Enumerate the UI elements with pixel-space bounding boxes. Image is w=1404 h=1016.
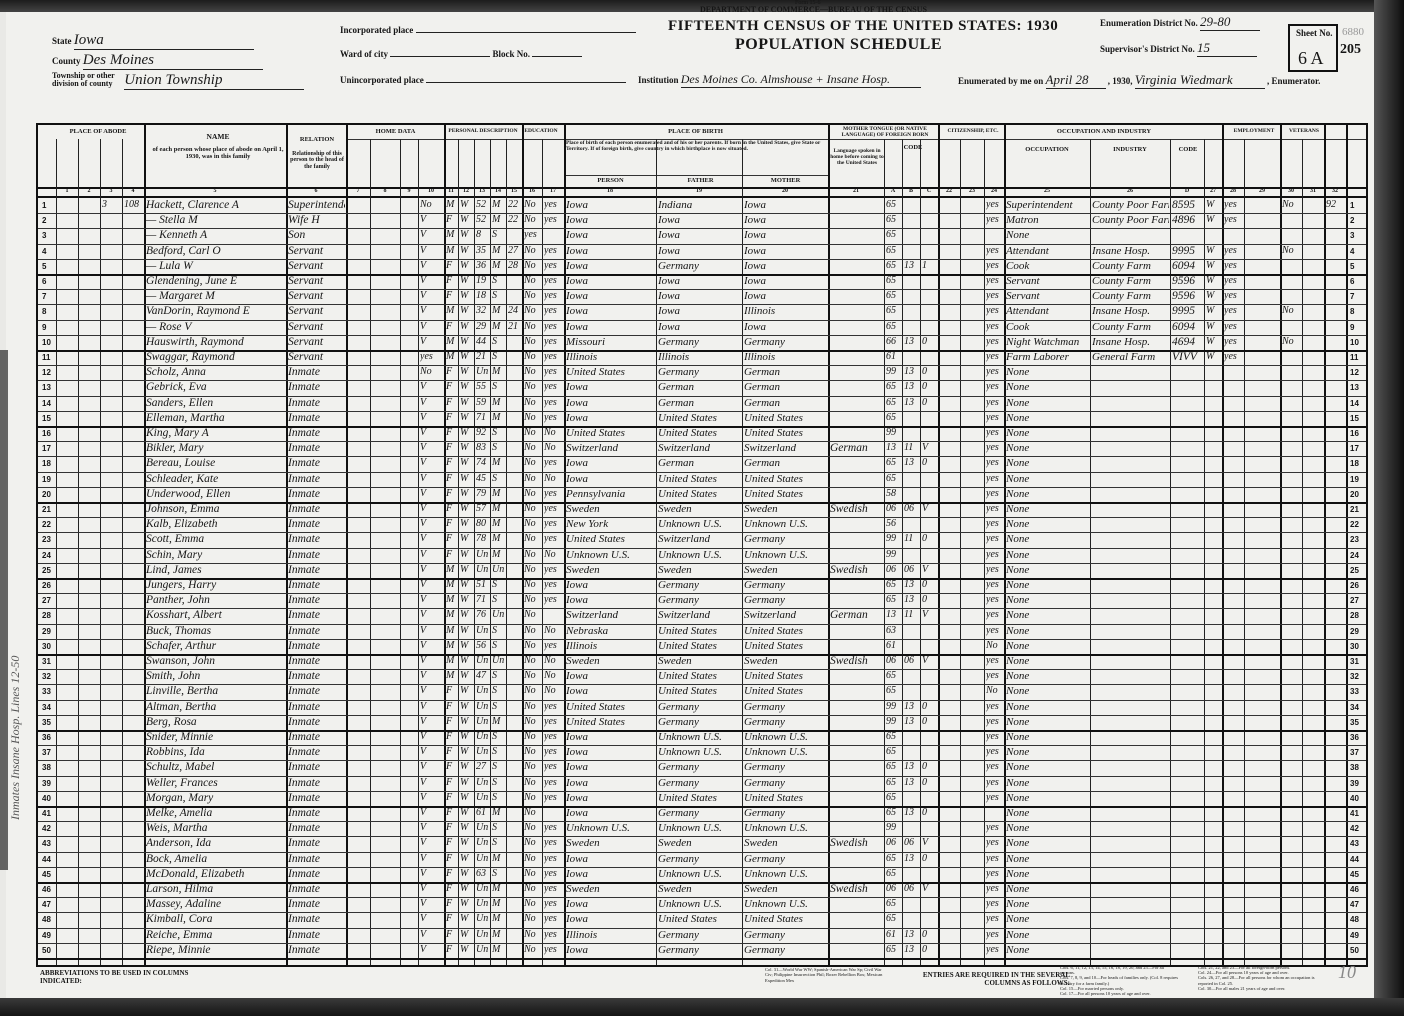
cell-occ-code: 6094 bbox=[1172, 260, 1203, 272]
cell-age: Un bbox=[476, 685, 489, 696]
cell-school: No bbox=[524, 609, 541, 620]
cell-farm: V bbox=[420, 275, 443, 286]
cell-code-a: 65 bbox=[886, 761, 901, 772]
cell-code-c: 0 bbox=[922, 336, 937, 347]
line-number: 37 bbox=[42, 748, 51, 757]
cell-work: yes bbox=[1224, 321, 1243, 332]
cell-mother-birth: Iowa bbox=[744, 245, 827, 257]
table-row: 3232Smith, JohnInmateVMW47SNoNoIowaUnite… bbox=[38, 669, 1366, 684]
column-number: 29 bbox=[1244, 188, 1280, 194]
cell-code-a: 65 bbox=[886, 579, 901, 590]
cell-code-c: 0 bbox=[922, 929, 937, 940]
cell-farm: V bbox=[420, 807, 443, 818]
cell-mother-birth: Sweden bbox=[744, 564, 827, 576]
cell-work: yes bbox=[1224, 199, 1243, 210]
cell-sex: M bbox=[446, 594, 457, 605]
col-mother: MOTHER bbox=[743, 178, 828, 185]
cell-race: W bbox=[460, 853, 473, 864]
cell-farm: V bbox=[420, 473, 443, 484]
cell-code-b: 13 bbox=[904, 457, 919, 468]
cell-sex: M bbox=[446, 351, 457, 362]
cell-marital: M bbox=[492, 214, 505, 225]
cell-age: Un bbox=[476, 777, 489, 788]
table-row: 22— Stella MWife HVFW52M22NoyesIowaIowaI… bbox=[38, 213, 1366, 228]
line-number: 13 bbox=[42, 383, 51, 392]
cell-sex: F bbox=[446, 214, 457, 225]
cell-relation: Inmate bbox=[288, 533, 345, 545]
line-number-right: 23 bbox=[1350, 535, 1359, 544]
table-row: 4444Bock, AmeliaInmateVFWUnMNoyesIowaGer… bbox=[38, 852, 1366, 867]
cell-tongue: Swedish bbox=[830, 503, 883, 515]
cell-relation: Inmate bbox=[288, 868, 345, 880]
cell-birth: Missouri bbox=[566, 336, 655, 348]
cell-code-a: 65 bbox=[886, 868, 901, 879]
column-number: 15 bbox=[506, 188, 522, 194]
cell-father-birth: United States bbox=[658, 792, 741, 804]
cell-occupation: None bbox=[1006, 381, 1089, 393]
cell-school: No bbox=[524, 503, 541, 514]
table-row: 44Bedford, Carl OServantVMW35M27NoyesIow… bbox=[38, 244, 1366, 259]
cell-mother-birth: Iowa bbox=[744, 214, 827, 226]
cell-code-a: 65 bbox=[886, 777, 901, 788]
cell-marital: S bbox=[492, 731, 505, 742]
cell-mother-birth: United States bbox=[744, 685, 827, 697]
cell-farm: V bbox=[420, 427, 443, 438]
cell-age: 79 bbox=[476, 488, 489, 499]
cell-read: yes bbox=[544, 305, 563, 316]
cell-occupation: None bbox=[1006, 944, 1089, 956]
cell-industry: General Farm bbox=[1092, 351, 1169, 363]
cell-name: Glendening, June E bbox=[146, 275, 285, 287]
cell-farm: V bbox=[420, 670, 443, 681]
cell-race: W bbox=[460, 944, 473, 955]
cell-birth: Iowa bbox=[566, 746, 655, 758]
column-number: 20 bbox=[742, 188, 828, 194]
table-row: 2727Panther, JohnInmateVMW71SNoyesIowaGe… bbox=[38, 593, 1366, 608]
cell-father-birth: Germany bbox=[658, 701, 741, 713]
cell-birth: Iowa bbox=[566, 868, 655, 880]
cell-marital: S bbox=[492, 670, 505, 681]
table-row: 1818Bereau, LouiseInmateVFW74MNoyesIowaG… bbox=[38, 456, 1366, 471]
cell-english: yes bbox=[986, 533, 1003, 544]
cell-english: yes bbox=[986, 853, 1003, 864]
cell-relation: Inmate bbox=[288, 518, 345, 530]
cell-race: W bbox=[460, 290, 473, 301]
cell-code-a: 65 bbox=[886, 457, 901, 468]
line-number-right: 9 bbox=[1350, 323, 1354, 332]
cell-sex: F bbox=[446, 503, 457, 514]
line-number: 47 bbox=[42, 900, 51, 909]
cell-sex: M bbox=[446, 609, 457, 620]
cell-occupation: None bbox=[1006, 518, 1089, 530]
table-row: 4545McDonald, ElizabethInmateVFW63SNoyes… bbox=[38, 867, 1366, 882]
cell-farm: V bbox=[420, 761, 443, 772]
col-group-education: EDUCATION bbox=[523, 129, 559, 135]
cell-age: Un bbox=[476, 746, 489, 757]
cell-english: yes bbox=[986, 837, 1003, 848]
cell-birth: Switzerland bbox=[566, 609, 655, 621]
cell-age-marr: 22 bbox=[508, 214, 521, 225]
col-group-citizenship: CITIZENSHIP, ETC. bbox=[942, 129, 1004, 135]
cell-occupation: Night Watchman bbox=[1006, 336, 1089, 348]
line-number: 39 bbox=[42, 779, 51, 788]
cell-code-c: 0 bbox=[922, 397, 937, 408]
line-number: 40 bbox=[42, 794, 51, 803]
column-number: 32 bbox=[1324, 188, 1346, 194]
cell-age: Un bbox=[476, 549, 489, 560]
table-row: 3434Altman, BerthaInmateVFWUnSNoyesUnite… bbox=[38, 700, 1366, 715]
line-number: 41 bbox=[42, 809, 51, 818]
cell-school: No bbox=[524, 412, 541, 423]
col-code: CODE bbox=[888, 145, 938, 152]
cell-read: yes bbox=[544, 336, 563, 347]
cell-relation: Superintendent bbox=[288, 199, 345, 211]
block-label: Block No. bbox=[493, 49, 531, 59]
cell-relation: Inmate bbox=[288, 579, 345, 591]
cell-father-birth: United States bbox=[658, 473, 741, 485]
cell-farm: V bbox=[420, 853, 443, 864]
cell-race: W bbox=[460, 199, 473, 210]
cell-school: No bbox=[524, 716, 541, 727]
cell-code-a: 65 bbox=[886, 305, 901, 316]
cell-age: 55 bbox=[476, 381, 489, 392]
cell-name: VanDorin, Raymond E bbox=[146, 305, 285, 317]
cell-code-c: V bbox=[922, 837, 937, 848]
cell-work: yes bbox=[1224, 290, 1243, 301]
cell-code-c: 0 bbox=[922, 701, 937, 712]
cell-industry: County Farm bbox=[1092, 275, 1169, 287]
cell-marital: S bbox=[492, 746, 505, 757]
enumerated-label: Enumerated by me on bbox=[958, 76, 1043, 86]
cell-school: No bbox=[524, 549, 541, 560]
cell-relation: Inmate bbox=[288, 853, 345, 865]
cell-mother-birth: United States bbox=[744, 473, 827, 485]
cell-code-c: 0 bbox=[922, 777, 937, 788]
enumeration-field: Enumerated by me on April 28 , 1930, Vir… bbox=[958, 72, 1320, 89]
column-number: B bbox=[902, 188, 920, 194]
ward-field: Ward of city Block No. bbox=[340, 46, 582, 59]
table-row: 4949Reiche, EmmaInmateVFWUnMNoyesIllinoi… bbox=[38, 928, 1366, 943]
cell-code-a: 06 bbox=[886, 503, 901, 514]
cell-industry: Insane Hosp. bbox=[1092, 305, 1169, 317]
cell-code-a: 06 bbox=[886, 564, 901, 575]
cell-english: yes bbox=[986, 442, 1003, 453]
line-number: 33 bbox=[42, 687, 51, 696]
cell-farm: No bbox=[420, 366, 443, 377]
cell-mother-birth: Germany bbox=[744, 533, 827, 545]
line-number-right: 8 bbox=[1350, 307, 1354, 316]
cell-code-b: 13 bbox=[904, 929, 919, 940]
cell-read: yes bbox=[544, 898, 563, 909]
cell-sex: F bbox=[446, 290, 457, 301]
cell-race: W bbox=[460, 488, 473, 499]
cell-occupation: None bbox=[1006, 625, 1089, 637]
cell-marital: M bbox=[492, 549, 505, 560]
cell-code-c: 0 bbox=[922, 853, 937, 864]
col-father: FATHER bbox=[658, 178, 743, 185]
cell-code-a: 65 bbox=[886, 275, 901, 286]
cell-tongue: Swedish bbox=[830, 883, 883, 895]
cell-marital: Un bbox=[492, 609, 505, 620]
cell-english: yes bbox=[986, 549, 1003, 560]
cell-birth: Sweden bbox=[566, 564, 655, 576]
cell-relation: Inmate bbox=[288, 944, 345, 956]
cell-dwelling: 3 bbox=[102, 199, 121, 210]
cell-race: W bbox=[460, 245, 473, 256]
cell-mother-birth: Iowa bbox=[744, 321, 827, 333]
cell-marital: M bbox=[492, 853, 505, 864]
cell-name: Lind, James bbox=[146, 564, 285, 576]
cell-school: No bbox=[524, 792, 541, 803]
cell-farm: yes bbox=[420, 351, 443, 362]
cell-school: No bbox=[524, 761, 541, 772]
cell-english: yes bbox=[986, 655, 1003, 666]
cell-school: No bbox=[524, 533, 541, 544]
cell-work: yes bbox=[1224, 336, 1243, 347]
cell-race: W bbox=[460, 305, 473, 316]
line-number: 34 bbox=[42, 703, 51, 712]
col-occ-code: CODE bbox=[1171, 147, 1205, 154]
line-number-right: 14 bbox=[1350, 399, 1359, 408]
cell-occupation: None bbox=[1006, 868, 1089, 880]
cell-father-birth: Unknown U.S. bbox=[658, 549, 741, 561]
cell-english: yes bbox=[986, 412, 1003, 423]
cell-mother-birth: German bbox=[744, 457, 827, 469]
entries-required-title: ENTRIES ARE REQUIRED IN THE SEVERAL COLU… bbox=[920, 972, 1070, 987]
cell-marital: M bbox=[492, 260, 505, 271]
cell-father-birth: German bbox=[658, 457, 741, 469]
cell-mother-birth: German bbox=[744, 366, 827, 378]
cell-name: Morgan, Mary bbox=[146, 792, 285, 804]
cell-english: yes bbox=[986, 625, 1003, 636]
cell-age: Un bbox=[476, 655, 489, 666]
unincorporated-value bbox=[426, 72, 626, 83]
cell-age: 19 bbox=[476, 275, 489, 286]
cell-age: 59 bbox=[476, 397, 489, 408]
cell-age: 63 bbox=[476, 868, 489, 879]
cell-mother-birth: Switzerland bbox=[744, 442, 827, 454]
cell-code-a: 65 bbox=[886, 473, 901, 484]
cell-birth: Iowa bbox=[566, 260, 655, 272]
cell-age-marr: 24 bbox=[508, 305, 521, 316]
cell-school: No bbox=[524, 381, 541, 392]
cell-marital: S bbox=[492, 701, 505, 712]
cell-birth: Iowa bbox=[566, 290, 655, 302]
cell-code-a: 65 bbox=[886, 199, 901, 210]
line-number-right: 38 bbox=[1350, 763, 1359, 772]
column-number: 30 bbox=[1280, 188, 1302, 194]
cell-name: Johnson, Emma bbox=[146, 503, 285, 515]
cell-marital: Un bbox=[492, 564, 505, 575]
cell-sex: M bbox=[446, 245, 457, 256]
cell-name: Anderson, Ida bbox=[146, 837, 285, 849]
cell-age: Un bbox=[476, 716, 489, 727]
cell-birth: Switzerland bbox=[566, 442, 655, 454]
line-number-right: 46 bbox=[1350, 885, 1359, 894]
cell-occupation: None bbox=[1006, 883, 1089, 895]
cell-name: Weller, Frances bbox=[146, 777, 285, 789]
cell-relation: Inmate bbox=[288, 457, 345, 469]
cell-age-marr: 28 bbox=[508, 260, 521, 271]
cell-father-birth: Unknown U.S. bbox=[658, 731, 741, 743]
line-number: 50 bbox=[42, 946, 51, 955]
cell-code-b: 13 bbox=[904, 777, 919, 788]
cell-relation: Servant bbox=[288, 336, 345, 348]
cell-school: No bbox=[524, 731, 541, 742]
column-number: 6 bbox=[286, 188, 346, 194]
column-number: 1 bbox=[56, 188, 78, 194]
cell-marital: S bbox=[492, 351, 505, 362]
cell-mother-birth: United States bbox=[744, 412, 827, 424]
cell-farm: V bbox=[420, 290, 443, 301]
cell-farm: V bbox=[420, 883, 443, 894]
line-number-right: 11 bbox=[1350, 353, 1358, 362]
line-number-right: 19 bbox=[1350, 475, 1359, 484]
line-number: 12 bbox=[42, 368, 51, 377]
cell-work: yes bbox=[1224, 351, 1243, 362]
cell-code-a: 65 bbox=[886, 944, 901, 955]
cell-mother-birth: United States bbox=[744, 625, 827, 637]
cell-age: 56 bbox=[476, 640, 489, 651]
cell-occupation: None bbox=[1006, 442, 1089, 454]
line-number-right: 10 bbox=[1350, 338, 1359, 347]
cell-code-a: 99 bbox=[886, 822, 901, 833]
cell-english: yes bbox=[986, 746, 1003, 757]
cell-english: yes bbox=[986, 594, 1003, 605]
cell-father-birth: Unknown U.S. bbox=[658, 518, 741, 530]
cell-marital: S bbox=[492, 229, 505, 240]
line-number: 11 bbox=[42, 353, 50, 362]
table-row: 1313Gebrick, EvaInmateVFW55SNoyesIowaGer… bbox=[38, 380, 1366, 395]
cell-birth: Sweden bbox=[566, 883, 655, 895]
veterans-key: Col. 31—World War WW; Spanish-American W… bbox=[765, 967, 885, 983]
table-row: 2121Johnson, EmmaInmateVFW57MNoyesSweden… bbox=[38, 502, 1366, 517]
cell-farm: V bbox=[420, 716, 443, 727]
cell-code-c: 0 bbox=[922, 807, 937, 818]
cell-age: 57 bbox=[476, 503, 489, 514]
line-number-right: 48 bbox=[1350, 915, 1359, 924]
cell-relation: Inmate bbox=[288, 761, 345, 773]
cell-industry: County Poor Farm bbox=[1092, 214, 1169, 226]
cell-read: yes bbox=[544, 397, 563, 408]
cell-marital: S bbox=[492, 473, 505, 484]
cell-read: yes bbox=[544, 564, 563, 575]
column-number: 14 bbox=[490, 188, 506, 194]
column-number: 25 bbox=[1004, 188, 1090, 194]
cell-marital: M bbox=[492, 457, 505, 468]
cell-mother-birth: German bbox=[744, 381, 827, 393]
cell-code-a: 06 bbox=[886, 655, 901, 666]
cell-relation: Inmate bbox=[288, 473, 345, 485]
cell-read: yes bbox=[544, 868, 563, 879]
cell-english: yes bbox=[986, 609, 1003, 620]
cell-father-birth: Germany bbox=[658, 761, 741, 773]
cell-father-birth: United States bbox=[658, 412, 741, 424]
line-number: 42 bbox=[42, 824, 51, 833]
cell-school: No bbox=[524, 883, 541, 894]
cell-birth: United States bbox=[566, 701, 655, 713]
cell-english: yes bbox=[986, 245, 1003, 256]
census-table: PLACE OF ABODE NAME of each person whose… bbox=[36, 123, 1368, 967]
cell-father-birth: Germany bbox=[658, 944, 741, 956]
cell-code-a: 06 bbox=[886, 883, 901, 894]
column-number: 13 bbox=[474, 188, 490, 194]
cell-english: No bbox=[986, 640, 1003, 651]
cell-english: yes bbox=[986, 457, 1003, 468]
cell-occ-code: 9596 bbox=[1172, 290, 1203, 302]
line-number-right: 37 bbox=[1350, 748, 1359, 757]
cell-race: W bbox=[460, 625, 473, 636]
cell-school: No bbox=[524, 898, 541, 909]
cell-race: W bbox=[460, 929, 473, 940]
county-label: County bbox=[52, 56, 81, 66]
cell-relation: Inmate bbox=[288, 822, 345, 834]
cell-code-c: V bbox=[922, 883, 937, 894]
table-row: 4343Anderson, IdaInmateVFWUnSNoyesSweden… bbox=[38, 836, 1366, 851]
cell-occupation: None bbox=[1006, 777, 1089, 789]
cell-mother-birth: Germany bbox=[744, 853, 827, 865]
cell-school: No bbox=[524, 853, 541, 864]
cell-read: No bbox=[544, 670, 563, 681]
margin-note: Inmates Insane Hosp. Lines 12-50 bbox=[8, 360, 22, 820]
cell-relation: Inmate bbox=[288, 625, 345, 637]
cell-sex: F bbox=[446, 777, 457, 788]
cell-race: W bbox=[460, 822, 473, 833]
cell-read: yes bbox=[544, 457, 563, 468]
cell-birth: Illinois bbox=[566, 351, 655, 363]
cell-farm: V bbox=[420, 837, 443, 848]
cell-race: W bbox=[460, 579, 473, 590]
cell-occ-code: 4896 bbox=[1172, 214, 1203, 226]
cell-relation: Inmate bbox=[288, 807, 345, 819]
cell-age: 80 bbox=[476, 518, 489, 529]
cell-name: Linville, Bertha bbox=[146, 685, 285, 697]
cell-code-a: 13 bbox=[886, 442, 901, 453]
cell-age: 76 bbox=[476, 609, 489, 620]
cell-tongue: German bbox=[830, 609, 883, 621]
line-number-right: 32 bbox=[1350, 672, 1359, 681]
cell-race: W bbox=[460, 655, 473, 666]
cell-farm: V bbox=[420, 746, 443, 757]
column-number: A bbox=[884, 188, 902, 194]
cell-school: No bbox=[524, 321, 541, 332]
cell-birth: Unknown U.S. bbox=[566, 549, 655, 561]
scan-border-bottom bbox=[0, 998, 1404, 1016]
cell-age: Un bbox=[476, 701, 489, 712]
sheet-number-box: Sheet No. 6 A bbox=[1288, 24, 1338, 72]
cell-birth: Iowa bbox=[566, 199, 655, 211]
cell-birth: Nebraska bbox=[566, 625, 655, 637]
cell-code-c: 1 bbox=[922, 260, 937, 271]
cell-mother-birth: Germany bbox=[744, 579, 827, 591]
cell-father-birth: United States bbox=[658, 640, 741, 652]
cell-sex: M bbox=[446, 564, 457, 575]
line-number-right: 39 bbox=[1350, 779, 1359, 788]
cell-father-birth: Iowa bbox=[658, 305, 741, 317]
cell-race: W bbox=[460, 670, 473, 681]
line-number: 1 bbox=[42, 201, 46, 210]
cell-occ-code: 9995 bbox=[1172, 305, 1203, 317]
cell-school: No bbox=[524, 275, 541, 286]
cell-occupation: None bbox=[1006, 655, 1089, 667]
line-number-right: 5 bbox=[1350, 262, 1354, 271]
cell-mother-birth: Sweden bbox=[744, 837, 827, 849]
cell-relation: Son bbox=[288, 229, 345, 241]
line-number-right: 30 bbox=[1350, 642, 1359, 651]
line-number: 26 bbox=[42, 581, 51, 590]
cell-race: W bbox=[460, 716, 473, 727]
cell-birth: Illinois bbox=[566, 929, 655, 941]
